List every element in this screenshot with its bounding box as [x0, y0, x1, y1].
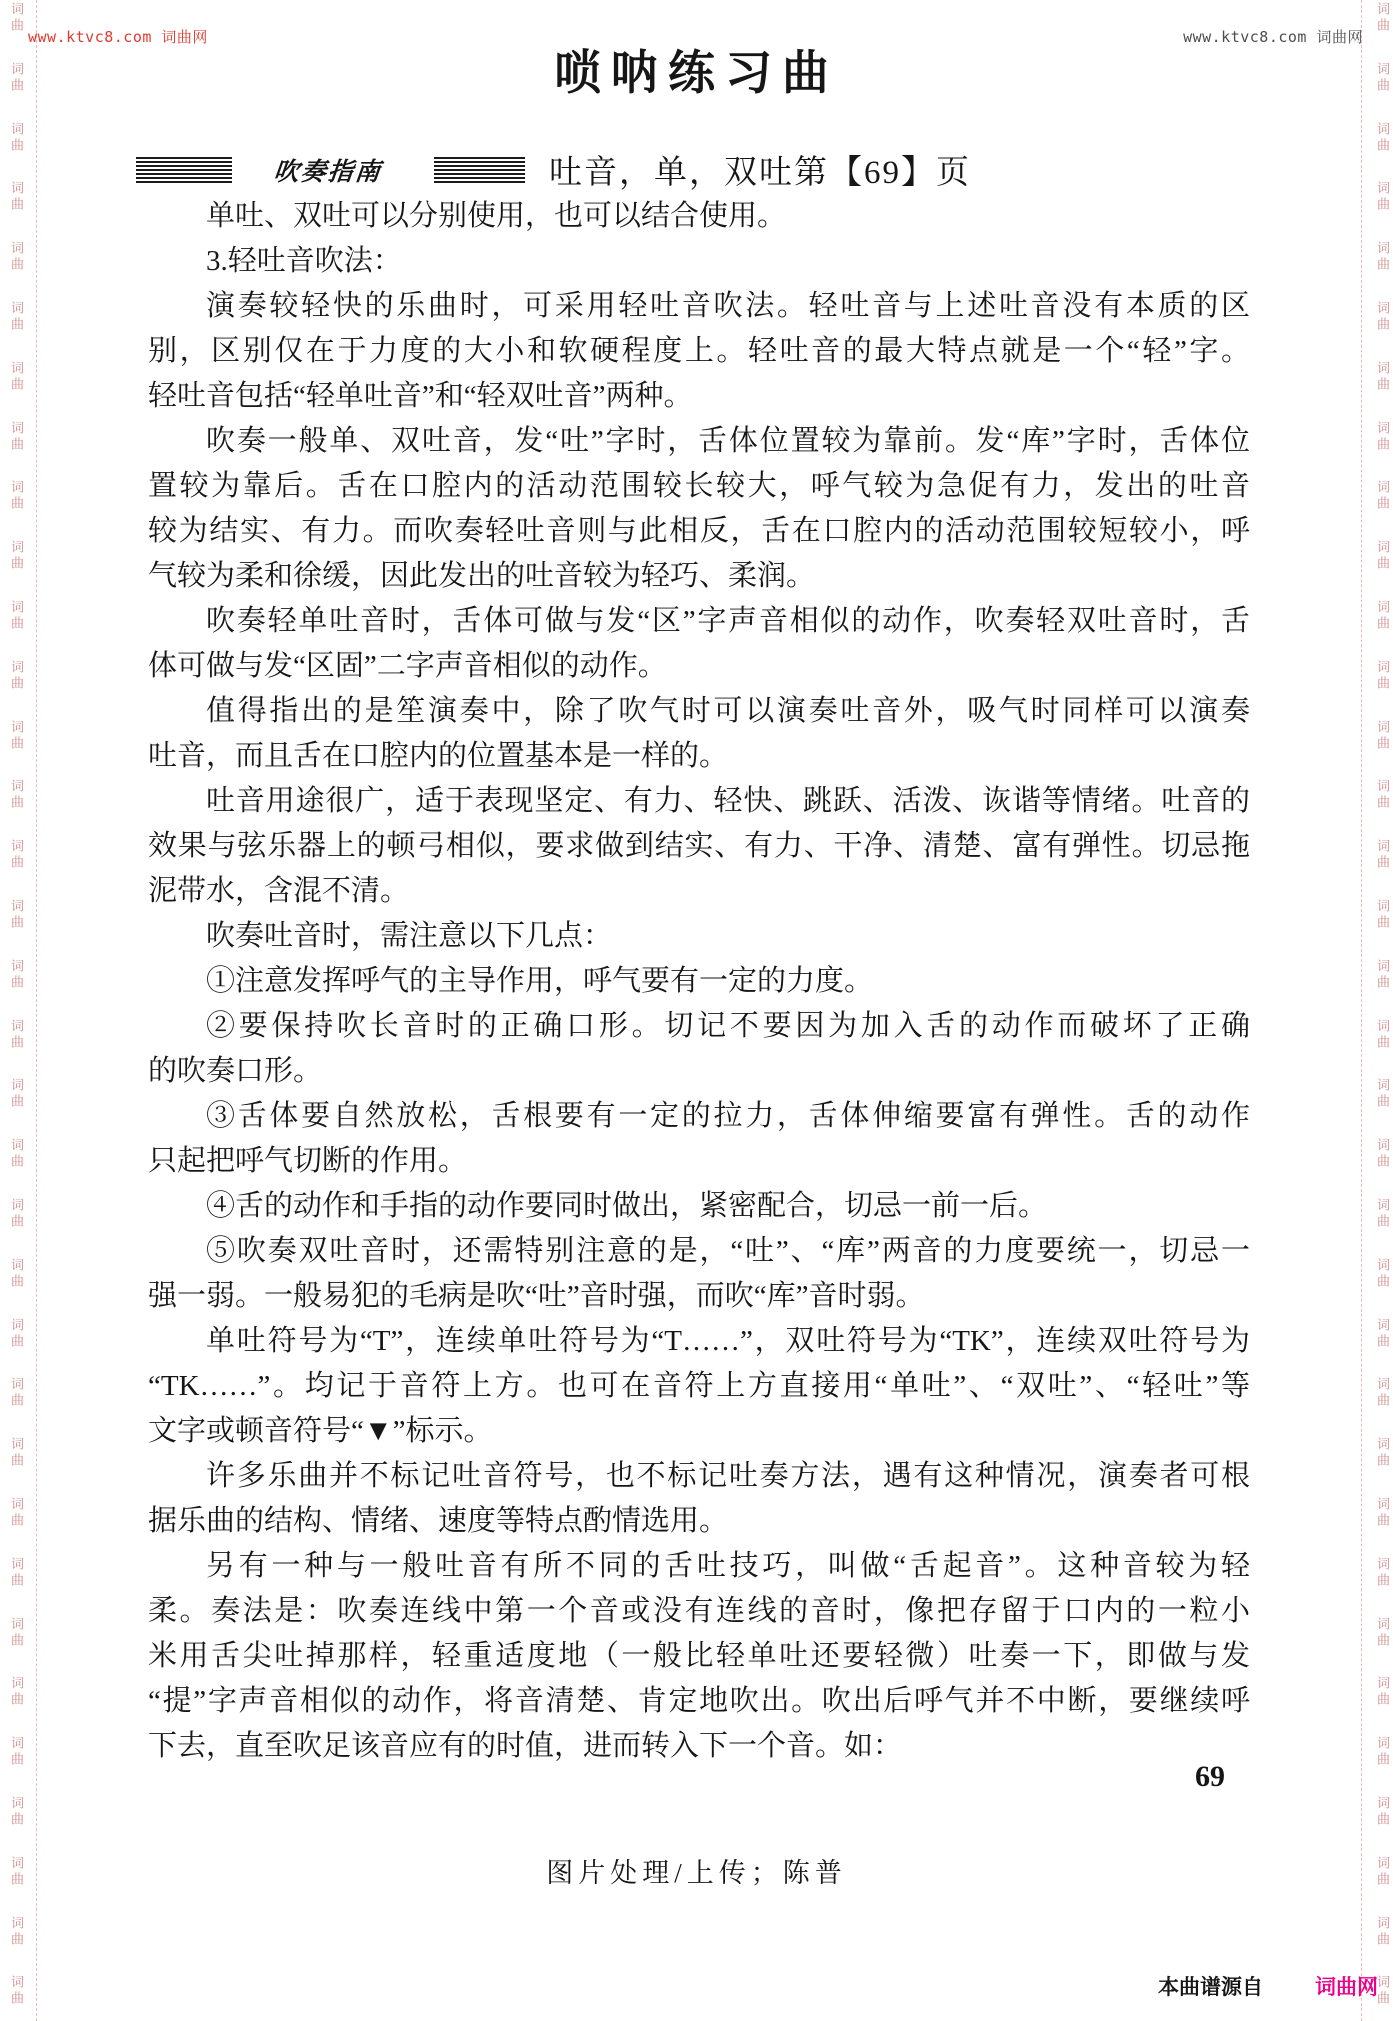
watermark-site-text: 词曲网	[6, 181, 25, 227]
watermark-site-text: 词曲网	[1372, 1377, 1391, 1423]
text-line: ⑤吹奏双吐音时，还需特别注意的是，“吐”、“库”两音的力度要统一，切忌一	[148, 1229, 1250, 1274]
watermark-site-text: 词曲网	[6, 600, 25, 646]
right-dashed-divider	[1361, 0, 1362, 2021]
text-line: ④舌的动作和手指的动作要同时做出，紧密配合，切忌一前一后。	[148, 1184, 1250, 1229]
text-line: 单吐符号为“T”，连续单吐符号为“T……”，双吐符号为“TK”，连续双吐符号为	[148, 1319, 1250, 1364]
watermark-site-text: 词曲网	[1372, 241, 1391, 287]
text-line: 轻吐音包括“轻单吐音”和“轻双吐音”两种。	[148, 374, 1250, 419]
text-line: 演奏较轻快的乐曲时，可采用轻吐音吹法。轻吐音与上述吐音没有本质的区	[148, 284, 1250, 329]
watermark-site-text: 词曲网	[1372, 480, 1391, 526]
watermark-site-text: 词曲网	[6, 1975, 25, 2021]
watermark-site-text: 词曲网	[1372, 181, 1391, 227]
watermark-site-text: 词曲网	[1372, 959, 1391, 1005]
stripe-lines-icon	[434, 157, 525, 183]
watermark-site-text: 词曲网	[1372, 1318, 1391, 1364]
section-heading: 吐音，单，双吐第【69】页	[549, 146, 971, 193]
watermark-site-text: 词曲网	[6, 899, 25, 945]
left-dashed-divider	[36, 0, 37, 2021]
text-line: ③舌体要自然放松，舌根要有一定的拉力，舌体伸缩要富有弹性。舌的动作	[148, 1094, 1250, 1139]
left-edge-watermark-column: 词曲网 词曲网词曲网词曲网词曲网词曲网词曲网词曲网词曲网词曲网词曲网词曲网词曲网…	[6, 2, 25, 2021]
text-line: 的吹奏口形。	[148, 1049, 1250, 1094]
watermark-site-text: 词曲网	[1372, 779, 1391, 825]
watermark-site-text: 词曲网	[1372, 1138, 1391, 1184]
watermark-site-text: 词曲网	[6, 361, 25, 407]
text-line: 单吐、双吐可以分别使用，也可以结合使用。	[148, 194, 1250, 239]
text-line: 强一弱。一般易犯的毛病是吹“吐”音时强，而吹“库”音时弱。	[148, 1274, 1250, 1319]
text-line: 气较为柔和徐缓，因此发出的吐音较为轻巧、柔润。	[148, 554, 1250, 599]
header-row: 吹奏指南 吐音，单，双吐第【69】页	[136, 146, 971, 193]
watermark-site-text: 词曲网	[1372, 540, 1391, 586]
watermark-site-text: 词曲网	[1372, 720, 1391, 766]
stripe-lines-icon	[136, 157, 232, 183]
watermark-site-text: 词曲网	[6, 660, 25, 706]
text-line: 别，区别仅在于力度的大小和软硬程度上。轻吐音的最大特点就是一个“轻”字。	[148, 329, 1250, 374]
text-line: “TK……”。均记于音符上方。也可在音符上方直接用“单吐”、“双吐”、“轻吐”等	[148, 1364, 1250, 1409]
watermark-site-text: 词曲网	[6, 1318, 25, 1364]
watermark-site-text: 词曲网	[6, 540, 25, 586]
text-line: 吐音，而且舌在口腔内的位置基本是一样的。	[148, 734, 1250, 779]
watermark-site-text: 词曲网	[6, 1557, 25, 1603]
watermark-site-text: 词曲网	[6, 1019, 25, 1065]
text-line: 泥带水，含混不清。	[148, 869, 1250, 914]
watermark-site-text: 词曲网	[6, 1676, 25, 1722]
watermark-site-text: 词曲网	[1372, 1617, 1391, 1663]
watermark-site-text: 词曲网	[6, 122, 25, 168]
text-line: 柔。奏法是：吹奏连线中第一个音或没有连线的音时，像把存留于口内的一粒小	[148, 1589, 1250, 1634]
watermark-site-text: 词曲网	[1372, 122, 1391, 168]
watermark-site-text: 词曲网	[1372, 1557, 1391, 1603]
watermark-site-text: 词曲网	[1372, 1198, 1391, 1244]
watermark-site-text: 词曲网	[6, 1198, 25, 1244]
watermark-site-text: 词曲网	[1372, 1676, 1391, 1722]
text-line: 许多乐曲并不标记吐音符号，也不标记吐奏方法，遇有这种情况，演奏者可根	[148, 1454, 1250, 1499]
text-line: 效果与弦乐器上的顿弓相似，要求做到结实、有力、干净、清楚、富有弹性。切忌拖	[148, 824, 1250, 869]
watermark-site-text: 词曲网	[1372, 1019, 1391, 1065]
watermark-site-text: 词曲网	[1372, 1437, 1391, 1483]
scanned-document-page: 词曲网 词曲网词曲网词曲网词曲网词曲网词曲网词曲网词曲网词曲网词曲网词曲网词曲网…	[0, 0, 1393, 2021]
source-credit: 本曲谱源自 词曲网	[1158, 1971, 1378, 2001]
watermark-site-text: 词曲网	[6, 720, 25, 766]
watermark-site-text: 词曲网	[6, 1377, 25, 1423]
watermark-site-text: 词曲网	[1372, 899, 1391, 945]
watermark-site-text: 词曲网	[1372, 421, 1391, 467]
text-line: 3.轻吐音吹法：	[148, 239, 1250, 284]
text-line: 吐音用途很广，适于表现坚定、有力、轻快、跳跃、活泼、诙谐等情绪。吐音的	[148, 779, 1250, 824]
watermark-site-text: 词曲网	[1372, 1736, 1391, 1782]
text-line: 吹奏吐音时，需注意以下几点：	[148, 914, 1250, 959]
watermark-site-text: 词曲网	[6, 779, 25, 825]
watermark-site-text: 词曲网	[1372, 1796, 1391, 1842]
uploader-caption: 图片处理/上传；陈普	[0, 1851, 1393, 1890]
watermark-site-text: 词曲网	[1372, 361, 1391, 407]
watermark-site-text: 词曲网	[6, 241, 25, 287]
body-text: 单吐、双吐可以分别使用，也可以结合使用。 3.轻吐音吹法： 演奏较轻快的乐曲时，…	[148, 194, 1250, 1769]
watermark-site-text: 词曲网	[1372, 600, 1391, 646]
watermark-site-text: 词曲网	[6, 1916, 25, 1962]
watermark-site-text: 词曲网	[1372, 1078, 1391, 1124]
text-line: 值得指出的是笙演奏中，除了吹气时可以演奏吐音外，吸气时同样可以演奏	[148, 689, 1250, 734]
watermark-site-text: 词曲网	[1372, 1258, 1391, 1304]
watermark-site-text: 词曲网	[6, 1617, 25, 1663]
watermark-site-text: 词曲网	[1372, 660, 1391, 706]
watermark-site-text: 词曲网	[1372, 1497, 1391, 1543]
text-line: 只起把呼气切断的作用。	[148, 1139, 1250, 1184]
text-line: 据乐曲的结构、情绪、速度等特点酌情选用。	[148, 1499, 1250, 1544]
watermark-site-text: 词曲网	[6, 959, 25, 1005]
watermark-site-text: 词曲网	[6, 480, 25, 526]
page-title: 唢呐练习曲	[0, 36, 1393, 103]
text-line: 下去，直至吹足该音应有的时值，进而转入下一个音。如：	[148, 1724, 1250, 1769]
text-line: 较为结实、有力。而吹奏轻吐音则与此相反，舌在口腔内的活动范围较短较小，呼	[148, 509, 1250, 554]
right-edge-watermark-column: 词曲网 词曲网词曲网词曲网词曲网词曲网词曲网词曲网词曲网词曲网词曲网词曲网词曲网…	[1372, 2, 1391, 2021]
text-line: ①注意发挥呼气的主导作用，呼气要有一定的力度。	[148, 959, 1250, 1004]
source-credit-site: 词曲网	[1315, 1971, 1378, 2001]
page-number: 69	[1195, 1760, 1225, 1794]
text-line: 吹奏一般单、双吐音，发“吐”字时，舌体位置较为靠前。发“库”字时，舌体位	[148, 419, 1250, 464]
watermark-site-text: 词曲网	[1372, 301, 1391, 347]
text-line: 吹奏轻单吐音时，舌体可做与发“区”字声音相似的动作，吹奏轻双吐音时，舌	[148, 599, 1250, 644]
watermark-site-text: 词曲网	[6, 1138, 25, 1184]
guide-logo-label: 吹奏指南	[272, 152, 384, 188]
source-credit-label: 本曲谱源自	[1158, 1971, 1263, 2001]
watermark-site-text: 词曲网	[1372, 1916, 1391, 1962]
text-line: 体可做与发“区固”二字声音相似的动作。	[148, 644, 1250, 689]
text-line: 米用舌尖吐掉那样，轻重适度地（一般比轻单吐还要轻微）吐奏一下，即做与发	[148, 1634, 1250, 1679]
text-line: ②要保持吹长音时的正确口形。切记不要因为加入舌的动作而破坏了正确	[148, 1004, 1250, 1049]
watermark-site-text: 词曲网	[6, 839, 25, 885]
watermark-site-text: 词曲网	[6, 1736, 25, 1782]
watermark-site-text: 词曲网	[6, 1796, 25, 1842]
watermark-site-text: 词曲网	[6, 301, 25, 347]
text-line: 另有一种与一般吐音有所不同的舌吐技巧，叫做“舌起音”。这种音较为轻	[148, 1544, 1250, 1589]
text-line: 文字或顿音符号“▼”标示。	[148, 1409, 1250, 1454]
watermark-site-text: 词曲网	[6, 1497, 25, 1543]
watermark-site-text: 词曲网	[6, 1258, 25, 1304]
watermark-site-text: 词曲网	[6, 1078, 25, 1124]
text-line: “提”字声音相似的动作，将音清楚、肯定地吹出。吹出后呼气并不中断，要继续呼	[148, 1679, 1250, 1724]
watermark-site-text: 词曲网	[1372, 839, 1391, 885]
watermark-site-text: 词曲网	[6, 421, 25, 467]
watermark-site-text: 词曲网	[6, 1437, 25, 1483]
text-line: 置较为靠后。舌在口腔内的活动范围较长较大，呼气较为急促有力，发出的吐音	[148, 464, 1250, 509]
